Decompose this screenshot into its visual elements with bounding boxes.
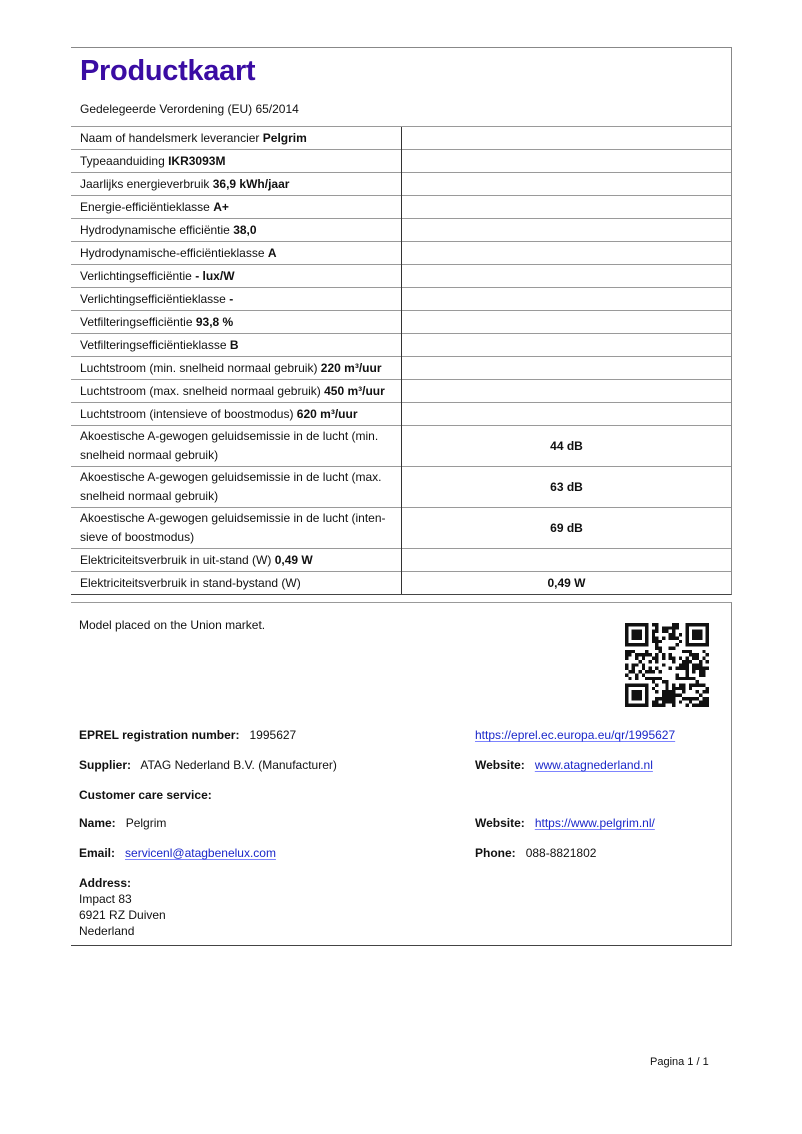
customer-care-heading: Customer care service:	[79, 788, 212, 802]
spec-row: Hydrodynamische efficiëntie 38,0	[71, 219, 731, 242]
spec-value: IKR3093M	[168, 154, 225, 168]
regulation-reference: Gedelegeerde Verordening (EU) 65/2014	[71, 92, 731, 126]
spec-label: Hydrodynamische efficiëntie	[80, 223, 230, 237]
spec-right-value	[402, 265, 732, 288]
spec-label-cell: Jaarlijks energieverbruik 36,9 kWh/jaar	[71, 173, 402, 196]
address-line: Nederland	[79, 923, 166, 939]
spec-right-value	[402, 549, 732, 572]
spec-label-cell: Akoestische A-gewogen geluidsemissie in …	[71, 508, 402, 549]
spec-row: Hydrodynamische-efficiëntieklasse A	[71, 242, 731, 265]
spec-right-value	[402, 357, 732, 380]
spec-label-cell: Energie-efficiëntieklasse A+	[71, 196, 402, 219]
spec-row: Luchtstroom (max. snelheid normaal gebru…	[71, 380, 731, 403]
spec-row: Elektriciteitsverbruik in stand-bystand …	[71, 572, 731, 595]
spec-right-value	[402, 127, 732, 150]
spec-label: Luchtstroom (max. snelheid normaal gebru…	[80, 384, 321, 398]
spec-right-value	[402, 173, 732, 196]
spec-right-value: 69 dB	[402, 508, 732, 549]
spec-row: Verlichtingsefficiëntie - lux/W	[71, 265, 731, 288]
spec-label: Elektriciteitsverbruik in stand-bystand …	[80, 576, 301, 590]
supplier-name: ATAG Nederland B.V. (Manufacturer)	[140, 758, 337, 772]
spec-label-cell: Verlichtingsefficiëntie - lux/W	[71, 265, 402, 288]
spec-value: 450 m³/uur	[324, 384, 385, 398]
spec-value: B	[230, 338, 239, 352]
spec-right-value	[402, 219, 732, 242]
spec-table: Naam of handelsmerk leverancier PelgrimT…	[71, 126, 731, 594]
spec-right-value	[402, 334, 732, 357]
spec-label-cell: Naam of handelsmerk leverancier Pelgrim	[71, 127, 402, 150]
spec-value: 220 m³/uur	[321, 361, 382, 375]
spec-label: Naam of handelsmerk leverancier	[80, 131, 259, 145]
spec-label-cell: Verlichtingsefficiëntieklasse -	[71, 288, 402, 311]
spec-right-value	[402, 380, 732, 403]
spec-label-cell: Luchtstroom (intensieve of boostmodus) 6…	[71, 403, 402, 426]
spec-label: Vetfilteringsefficiëntie	[80, 315, 193, 329]
spec-label-cell: Vetfilteringsefficiëntieklasse B	[71, 334, 402, 357]
page-number: Pagina 1 / 1	[650, 1056, 709, 1068]
email-label: Email:	[79, 846, 115, 860]
market-note: Model placed on the Union market.	[79, 618, 265, 632]
address-line: 6921 RZ Duiven	[79, 907, 166, 923]
spec-value: 36,9 kWh/jaar	[213, 177, 290, 191]
spec-label: Typeaanduiding	[80, 154, 165, 168]
supplier-label: Supplier:	[79, 758, 131, 772]
spec-right-value	[402, 311, 732, 334]
page-title: Productkaart	[71, 48, 731, 92]
spec-row: Vetfilteringsefficiëntieklasse B	[71, 334, 731, 357]
spec-label-cell: Hydrodynamische efficiëntie 38,0	[71, 219, 402, 242]
registration-label: EPREL registration number:	[79, 728, 239, 742]
spec-right-value	[402, 403, 732, 426]
spec-label: Akoestische A-gewogen geluidsemissie in …	[80, 511, 386, 544]
care-website-label: Website:	[475, 816, 525, 830]
spec-row: Typeaanduiding IKR3093M	[71, 150, 731, 173]
spec-right-value: 63 dB	[402, 467, 732, 508]
address-label: Address:	[79, 875, 166, 891]
spec-label-cell: Elektriciteitsverbruik in stand-bystand …	[71, 572, 402, 595]
care-email: Email: servicenl@atagbenelux.com	[79, 846, 276, 860]
spec-label-cell: Luchtstroom (max. snelheid normaal gebru…	[71, 380, 402, 403]
spec-row: Verlichtingsefficiëntieklasse -	[71, 288, 731, 311]
spec-label: Elektriciteitsverbruik in uit-stand (W)	[80, 553, 271, 567]
eprel-section: Model placed on the Union market. EPREL …	[71, 602, 732, 946]
spec-label: Luchtstroom (intensieve of boostmodus)	[80, 407, 293, 421]
eprel-url-link[interactable]: https://eprel.ec.europa.eu/qr/1995627	[475, 728, 675, 742]
spec-label-cell: Typeaanduiding IKR3093M	[71, 150, 402, 173]
care-name: Name: Pelgrim	[79, 816, 166, 830]
spec-value: A+	[213, 200, 229, 214]
spec-value: A	[268, 246, 277, 260]
supplier-website-label: Website:	[475, 758, 525, 772]
spec-value: Pelgrim	[263, 131, 307, 145]
name-value: Pelgrim	[126, 816, 167, 830]
spec-value: - lux/W	[195, 269, 234, 283]
phone-label: Phone:	[475, 846, 516, 860]
email-link[interactable]: servicenl@atagbenelux.com	[125, 846, 276, 860]
spec-label: Akoestische A-gewogen geluidsemissie in …	[80, 429, 378, 462]
supplier-website: Website: www.atagnederland.nl	[475, 758, 653, 772]
spec-row: Akoestische A-gewogen geluidsemissie in …	[71, 467, 731, 508]
spec-right-value: 44 dB	[402, 426, 732, 467]
spec-right-value	[402, 242, 732, 265]
spec-value: -	[229, 292, 233, 306]
spec-label: Jaarlijks energieverbruik	[80, 177, 209, 191]
spec-label-cell: Hydrodynamische-efficiëntieklasse A	[71, 242, 402, 265]
spec-row: Jaarlijks energieverbruik 36,9 kWh/jaar	[71, 173, 731, 196]
spec-label: Verlichtingsefficiëntieklasse	[80, 292, 226, 306]
spec-right-value	[402, 150, 732, 173]
care-website-link[interactable]: https://www.pelgrim.nl/	[535, 816, 655, 830]
spec-label-cell: Luchtstroom (min. snelheid normaal gebru…	[71, 357, 402, 380]
name-label: Name:	[79, 816, 116, 830]
spec-label-cell: Akoestische A-gewogen geluidsemissie in …	[71, 467, 402, 508]
supplier-website-link[interactable]: www.atagnederland.nl	[535, 758, 653, 772]
supplier: Supplier: ATAG Nederland B.V. (Manufactu…	[79, 758, 337, 772]
spec-right-value	[402, 196, 732, 219]
spec-value: 93,8 %	[196, 315, 233, 329]
address-block: Address: Impact 83 6921 RZ Duiven Nederl…	[79, 875, 166, 939]
spec-row: Vetfilteringsefficiëntie 93,8 %	[71, 311, 731, 334]
spec-row: Elektriciteitsverbruik in uit-stand (W) …	[71, 549, 731, 572]
spec-value: 620 m³/uur	[297, 407, 358, 421]
spec-row: Luchtstroom (intensieve of boostmodus) 6…	[71, 403, 731, 426]
address-line: Impact 83	[79, 891, 166, 907]
product-card: Productkaart Gedelegeerde Verordening (E…	[71, 47, 732, 595]
spec-value: 38,0	[233, 223, 256, 237]
spec-label: Verlichtingsefficiëntie	[80, 269, 192, 283]
spec-label: Luchtstroom (min. snelheid normaal gebru…	[80, 361, 317, 375]
care-website: Website: https://www.pelgrim.nl/	[475, 816, 655, 830]
spec-right-value: 0,49 W	[402, 572, 732, 595]
spec-label: Akoestische A-gewogen geluidsemissie in …	[80, 470, 382, 503]
spec-row: Akoestische A-gewogen geluidsemissie in …	[71, 508, 731, 549]
qr-code-icon	[625, 623, 709, 707]
spec-label: Vetfilteringsefficiëntieklasse	[80, 338, 227, 352]
spec-label: Hydrodynamische-efficiëntieklasse	[80, 246, 265, 260]
spec-right-value	[402, 288, 732, 311]
spec-label-cell: Vetfilteringsefficiëntie 93,8 %	[71, 311, 402, 334]
registration-number: 1995627	[250, 728, 297, 742]
eprel-registration: EPREL registration number: 1995627	[79, 728, 296, 742]
spec-row: Akoestische A-gewogen geluidsemissie in …	[71, 426, 731, 467]
spec-label: Energie-efficiëntieklasse	[80, 200, 210, 214]
care-phone: Phone: 088-8821802	[475, 846, 596, 860]
spec-row: Energie-efficiëntieklasse A+	[71, 196, 731, 219]
spec-row: Luchtstroom (min. snelheid normaal gebru…	[71, 357, 731, 380]
spec-label-cell: Akoestische A-gewogen geluidsemissie in …	[71, 426, 402, 467]
spec-row: Naam of handelsmerk leverancier Pelgrim	[71, 127, 731, 150]
phone-value: 088-8821802	[526, 846, 597, 860]
spec-label-cell: Elektriciteitsverbruik in uit-stand (W) …	[71, 549, 402, 572]
spec-value: 0,49 W	[275, 553, 313, 567]
